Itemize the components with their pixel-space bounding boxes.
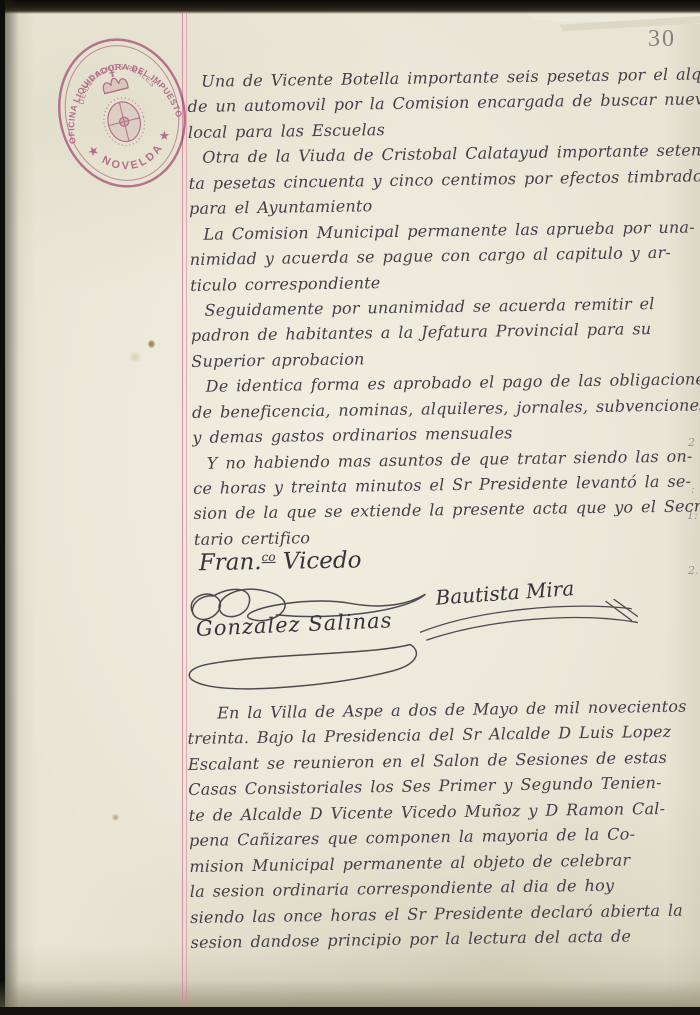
minutes-entry-1: Una de Vicente Botella importante seis p… — [187, 61, 700, 552]
signature-abbrev: Fran. — [199, 549, 262, 576]
page-bottom-shadow — [0, 980, 700, 1008]
minutes-entry-2: En la Villa de Aspe a dos de Mayo de mil… — [187, 693, 697, 955]
scan-top-edge — [0, 0, 700, 14]
folio-number: 30 — [648, 26, 676, 53]
coat-of-arms-icon — [99, 94, 149, 150]
binding-shadow — [5, 0, 19, 1015]
edge-ink-mark: : — [691, 483, 695, 496]
foxing-stain — [148, 340, 155, 348]
rubric-underline-icon — [418, 598, 659, 658]
signature-block: Fran.co Vicedo Bautista Mira Gonzalez Sa… — [185, 542, 698, 716]
edge-ink-mark: 2 — [688, 436, 695, 449]
edge-ink-mark: 2. — [688, 564, 699, 577]
foxing-stain — [111, 814, 120, 821]
edge-ink-mark: 1: — [687, 509, 698, 522]
signature-superscript: co — [261, 550, 275, 564]
signature-surname: Vicedo — [275, 547, 361, 574]
rubric-loop-icon — [178, 638, 431, 704]
foxing-stain — [128, 352, 142, 362]
signature-francisco-vicedo: Fran.co Vicedo — [199, 547, 362, 576]
scan-bottom-edge — [0, 1007, 700, 1015]
